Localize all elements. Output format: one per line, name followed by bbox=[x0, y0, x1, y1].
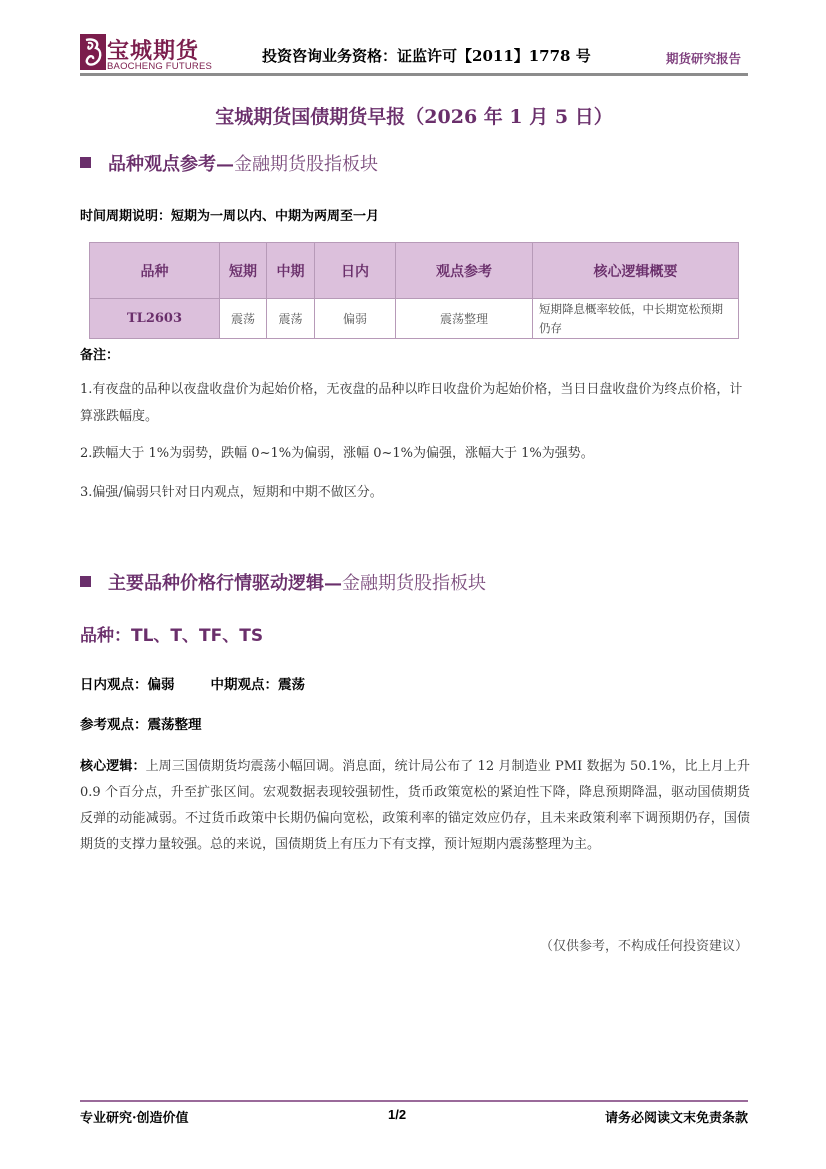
qualification-text: 投资咨询业务资格：证监许可【2011】1778 号 bbox=[262, 45, 591, 66]
variety-view-table: 品种 短期 中期 日内 观点参考 核心逻辑概要 TL2603 震荡 震荡 偏弱 … bbox=[89, 242, 739, 339]
variety-list: 品种：TL、T、TF、TS bbox=[80, 621, 263, 646]
cell-short-term: 震荡 bbox=[220, 299, 267, 339]
square-bullet-icon bbox=[80, 576, 91, 587]
mid-term-view: 中期观点：震荡 bbox=[211, 677, 306, 693]
section-heading-light: 金融期货股指板块 bbox=[234, 154, 378, 175]
remarks-title: 备注： bbox=[80, 344, 119, 363]
intraday-view: 日内观点：偏弱 bbox=[80, 677, 175, 693]
cell-mid-term: 震荡 bbox=[267, 299, 315, 339]
column-header-core-logic: 核心逻辑概要 bbox=[533, 243, 739, 299]
reference-view: 参考观点：震荡整理 bbox=[80, 713, 202, 733]
table-header-row: 品种 短期 中期 日内 观点参考 核心逻辑概要 bbox=[90, 243, 739, 299]
remark-item-2: 2.跌幅大于 1%为弱势，跌幅 0~1%为偏弱，涨幅 0~1%为偏强，涨幅大于 … bbox=[80, 440, 750, 467]
remark-item-1: 1.有夜盘的品种以夜盘收盘价为起始价格，无夜盘的品种以昨日收盘价为起始价格，当日… bbox=[80, 376, 750, 430]
column-header-variety: 品种 bbox=[90, 243, 220, 299]
page-number: 1/2 bbox=[388, 1107, 406, 1122]
cell-intraday: 偏弱 bbox=[315, 299, 396, 339]
section-heading-variety-views: 品种观点参考—金融期货股指板块 bbox=[80, 150, 378, 176]
column-header-intraday: 日内 bbox=[315, 243, 396, 299]
section-heading-price-drivers: 主要品种价格行情驱动逻辑—金融期货股指板块 bbox=[80, 569, 486, 595]
table-row: TL2603 震荡 震荡 偏弱 震荡整理 短期降息概率较低，中长期宽松预期仍存 bbox=[90, 299, 739, 339]
company-logo: 宝城期货 BAOCHENG FUTURES bbox=[80, 34, 210, 74]
column-header-mid-term: 中期 bbox=[267, 243, 315, 299]
period-description: 时间周期说明：短期为一周以内、中期为两周至一月 bbox=[80, 205, 379, 224]
cell-core-logic: 短期降息概率较低，中长期宽松预期仍存 bbox=[533, 299, 739, 339]
page-title: 宝城期货国债期货早报（2026 年 1 月 5 日） bbox=[80, 102, 748, 129]
section-heading-strong: 品种观点参考— bbox=[108, 154, 234, 175]
header-divider bbox=[80, 73, 748, 76]
column-header-short-term: 短期 bbox=[220, 243, 267, 299]
column-header-view: 观点参考 bbox=[396, 243, 533, 299]
view-line-intraday-mid: 日内观点：偏弱中期观点：震荡 bbox=[80, 673, 305, 693]
footer-disclaimer-notice: 请务必阅读文末免责条款 bbox=[580, 1107, 748, 1126]
footer-divider bbox=[80, 1100, 748, 1102]
logo-b-icon bbox=[80, 34, 106, 70]
report-type-label: 期货研究报告 bbox=[666, 49, 741, 67]
disclaimer-text: （仅供参考，不构成任何投资建议） bbox=[80, 935, 748, 954]
footer-slogan: 专业研究·创造价值 bbox=[80, 1107, 189, 1126]
cell-view: 震荡整理 bbox=[396, 299, 533, 339]
logo-english-name: BAOCHENG FUTURES bbox=[107, 61, 212, 72]
section-heading-light: 金融期货股指板块 bbox=[342, 573, 486, 594]
remark-item-3: 3.偏强/偏弱只针对日内观点，短期和中期不做区分。 bbox=[80, 479, 750, 506]
section-heading-strong: 主要品种价格行情驱动逻辑— bbox=[108, 573, 342, 594]
core-logic-text: 上周三国债期货均震荡小幅回调。消息面，统计局公布了 12 月制造业 PMI 数据… bbox=[80, 759, 750, 852]
core-logic-paragraph: 核心逻辑：上周三国债期货均震荡小幅回调。消息面，统计局公布了 12 月制造业 P… bbox=[80, 754, 750, 858]
core-logic-label: 核心逻辑： bbox=[80, 759, 146, 774]
cell-variety: TL2603 bbox=[90, 299, 220, 339]
square-bullet-icon bbox=[80, 157, 91, 168]
